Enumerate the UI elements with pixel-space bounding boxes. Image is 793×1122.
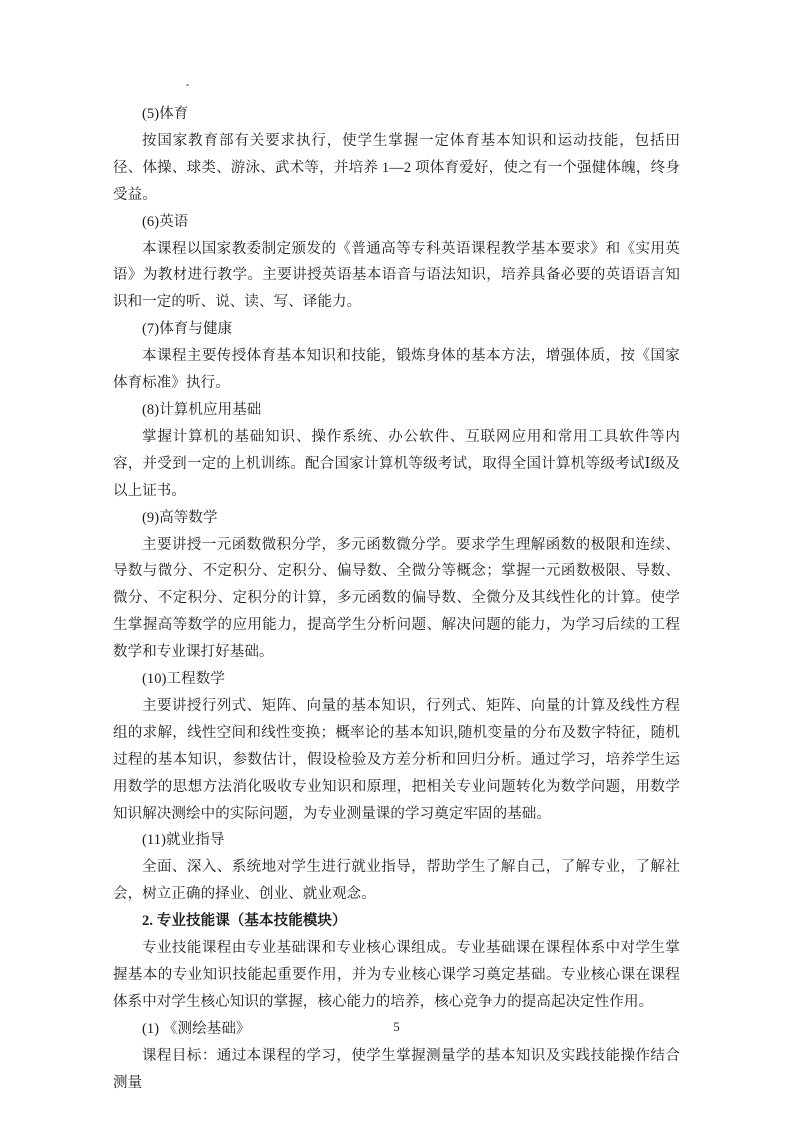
section-heading: (9)高等数学 — [113, 505, 680, 532]
section-heading: (6)英语 — [113, 209, 680, 236]
paragraph: 主要讲授一元函数微积分学，多元函数微分学。要求学生理解函数的极限和连续、导数与微… — [113, 532, 680, 667]
section-heading: (8)计算机应用基础 — [113, 397, 680, 424]
paragraph: 本课程主要传授体育基本知识和技能，锻炼身体的基本方法，增强体质，按《国家体育标准… — [113, 343, 680, 397]
document-page: (5)体育按国家教育部有关要求执行，使学生掌握一定体育基本知识和运动技能，包括田… — [0, 0, 793, 1122]
paragraph: 掌握计算机的基础知识、操作系统、办公软件、互联网应用和常用工具软件等内容，并受到… — [113, 424, 680, 505]
section-heading: 2. 专业技能课（基本技能模块） — [113, 908, 680, 935]
paragraph: 专业技能课程由专业基础课和专业核心课组成。专业基础课在课程体系中对学生掌握基本的… — [113, 935, 680, 1016]
document-body: (5)体育按国家教育部有关要求执行，使学生掌握一定体育基本知识和运动技能，包括田… — [113, 101, 680, 1097]
page-number: 5 — [0, 1019, 793, 1035]
paragraph: 全面、深入、系统地对学生进行就业指导，帮助学生了解自己，了解专业，了解社会，树立… — [113, 854, 680, 908]
section-heading: (10)工程数学 — [113, 666, 680, 693]
scan-speck — [186, 84, 189, 86]
section-heading: (11)就业指导 — [113, 827, 680, 854]
section-heading: (5)体育 — [113, 101, 680, 128]
paragraph: 本课程以国家教委制定颁发的《普通高等专科英语课程教学基本要求》和《实用英语》为教… — [113, 236, 680, 317]
paragraph: 主要讲授行列式、矩阵、向量的基本知识，行列式、矩阵、向量的计算及线性方程组的求解… — [113, 693, 680, 828]
paragraph: 课程目标：通过本课程的学习，使学生掌握测量学的基本知识及实践技能操作结合测量 — [113, 1043, 680, 1097]
section-heading: (7)体育与健康 — [113, 316, 680, 343]
paragraph: 按国家教育部有关要求执行，使学生掌握一定体育基本知识和运动技能，包括田径、体操、… — [113, 128, 680, 209]
